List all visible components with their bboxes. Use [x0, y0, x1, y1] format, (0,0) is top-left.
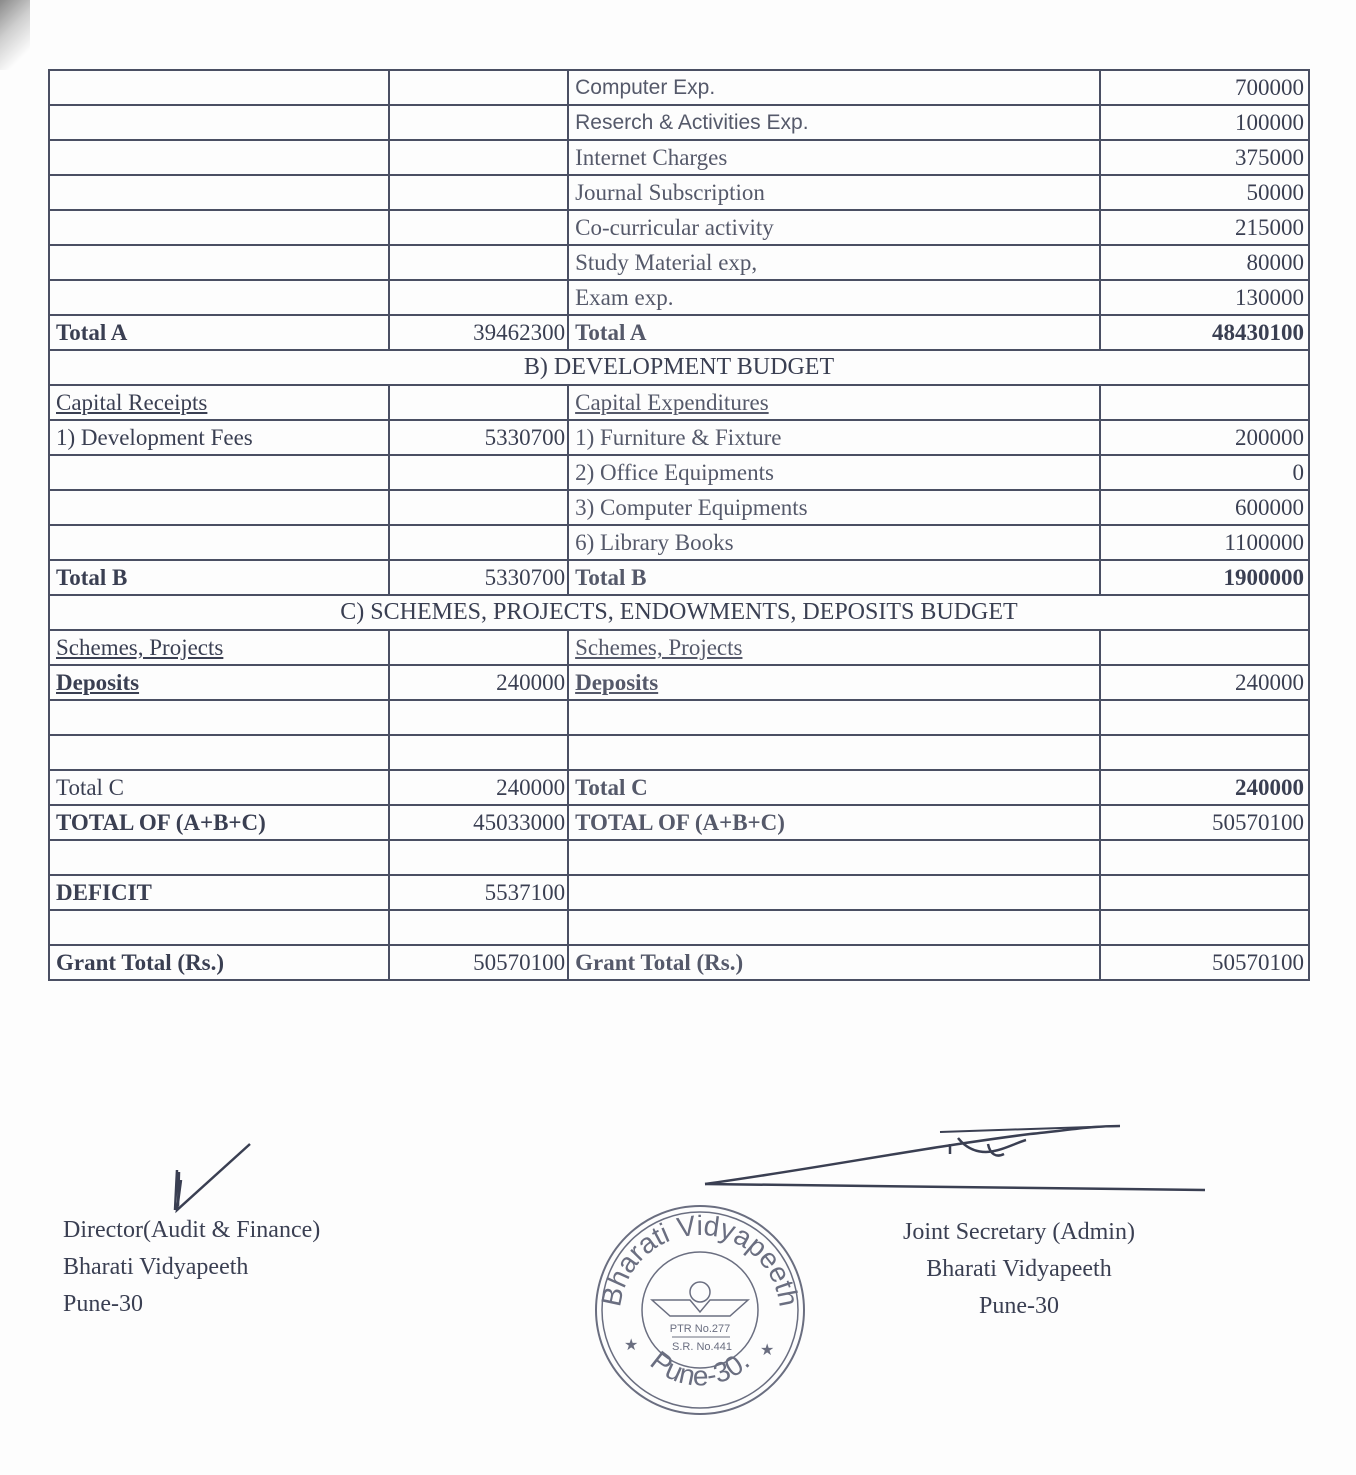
capital-expenditures-heading: Capital Expenditures — [568, 385, 1100, 420]
total-b-expense-amount: 1900000 — [1100, 560, 1309, 595]
expense-amount: 600000 — [1100, 490, 1309, 525]
signatory-left-org: Bharati Vidyapeeth — [63, 1249, 320, 1286]
section-c-header-row: C) SCHEMES, PROJECTS, ENDOWMENTS, DEPOSI… — [49, 595, 1309, 630]
expense-cell: Reserch & Activities Exp. — [568, 105, 1100, 140]
expense-cell: Computer Exp. — [568, 70, 1100, 105]
total-a-receipt-amount: 39462300 — [389, 315, 568, 350]
receipt-cell — [49, 280, 389, 315]
expense-cell: Study Material exp, — [568, 245, 1100, 280]
total-abc-receipt-label: TOTAL OF (A+B+C) — [49, 805, 389, 840]
capital-receipts-heading: Capital Receipts — [49, 385, 389, 420]
receipt-amount — [389, 105, 568, 140]
total-a-expense-amount: 48430100 — [1100, 315, 1309, 350]
section-b-title: B) DEVELOPMENT BUDGET — [49, 350, 1309, 385]
section-b-subheading-row: Capital Receipts Capital Expenditures — [49, 385, 1309, 420]
svg-text:★: ★ — [624, 1335, 638, 1354]
total-abc-row: TOTAL OF (A+B+C) 45033000 TOTAL OF (A+B+… — [49, 805, 1309, 840]
receipt-cell — [49, 70, 389, 105]
section-b-header-row: B) DEVELOPMENT BUDGET — [49, 350, 1309, 385]
total-abc-expense-amount: 50570100 — [1100, 805, 1309, 840]
total-c-receipt-label: Total C — [49, 770, 389, 805]
receipt-amount — [389, 525, 568, 560]
expense-cell: 1) Furniture & Fixture — [568, 420, 1100, 455]
expense-amount: 215000 — [1100, 210, 1309, 245]
receipt-amount — [389, 70, 568, 105]
expense-cell: Co-curricular activity — [568, 210, 1100, 245]
receipt-amount: 5330700 — [389, 420, 568, 455]
total-b-receipt-amount: 5330700 — [389, 560, 568, 595]
receipt-cell — [49, 455, 389, 490]
table-row: Exam exp. 130000 — [49, 280, 1309, 315]
table-row: 2) Office Equipments 0 — [49, 455, 1309, 490]
total-b-row: Total B 5330700 Total B 1900000 — [49, 560, 1309, 595]
grant-total-row: Grant Total (Rs.) 50570100 Grant Total (… — [49, 945, 1309, 980]
empty-cell — [1100, 630, 1309, 665]
schemes-receipt-heading: Schemes, Projects — [49, 630, 389, 665]
empty-row — [49, 840, 1309, 875]
signatory-right-place: Pune-30 — [884, 1288, 1154, 1325]
table-row: Co-curricular activity 215000 — [49, 210, 1309, 245]
seal-emblem-icon — [652, 1282, 748, 1316]
signatory-right: Joint Secretary (Admin) Bharati Vidyapee… — [884, 1214, 1154, 1325]
empty-row — [49, 910, 1309, 945]
expense-amount: 130000 — [1100, 280, 1309, 315]
svg-text:★: ★ — [760, 1340, 774, 1359]
signatory-right-title: Joint Secretary (Admin) — [884, 1214, 1154, 1251]
table-row: Reserch & Activities Exp. 100000 — [49, 105, 1309, 140]
official-seal: Bharati Vidyapeeth Pune-30. ★ ★ PTR No.2… — [590, 1200, 810, 1420]
receipt-amount — [389, 210, 568, 245]
expense-amount: 50000 — [1100, 175, 1309, 210]
expense-cell: Internet Charges — [568, 140, 1100, 175]
total-a-expense-label: Total A — [568, 315, 1100, 350]
total-b-expense-label: Total B — [568, 560, 1100, 595]
receipt-cell — [49, 140, 389, 175]
receipt-amount — [389, 490, 568, 525]
total-c-row: Total C 240000 Total C 240000 — [49, 770, 1309, 805]
receipt-cell — [49, 105, 389, 140]
expense-amount: 100000 — [1100, 105, 1309, 140]
total-a-row: Total A 39462300 Total A 48430100 — [49, 315, 1309, 350]
table-row: Study Material exp, 80000 — [49, 245, 1309, 280]
grant-total-expense-label: Grant Total (Rs.) — [568, 945, 1100, 980]
expense-amount: 200000 — [1100, 420, 1309, 455]
expense-cell: Exam exp. — [568, 280, 1100, 315]
signatory-left: Director(Audit & Finance) Bharati Vidyap… — [63, 1212, 320, 1323]
deposits-row: Deposits 240000 Deposits 240000 — [49, 665, 1309, 700]
expense-cell: 3) Computer Equipments — [568, 490, 1100, 525]
deposits-receipt-label: Deposits — [49, 665, 389, 700]
receipt-amount — [389, 280, 568, 315]
expense-amount: 700000 — [1100, 70, 1309, 105]
grant-total-receipt-label: Grant Total (Rs.) — [49, 945, 389, 980]
deposits-expense-label: Deposits — [568, 665, 1100, 700]
total-c-expense-amount: 240000 — [1100, 770, 1309, 805]
deficit-row: DEFICIT 5537100 — [49, 875, 1309, 910]
expense-amount: 0 — [1100, 455, 1309, 490]
total-a-receipt-label: Total A — [49, 315, 389, 350]
table-row: Computer Exp. 700000 — [49, 70, 1309, 105]
table-row: 1) Development Fees 5330700 1) Furniture… — [49, 420, 1309, 455]
receipt-cell — [49, 490, 389, 525]
table-row: Internet Charges 375000 — [49, 140, 1309, 175]
total-c-expense-label: Total C — [568, 770, 1100, 805]
signature-left — [165, 1140, 265, 1220]
empty-cell — [389, 385, 568, 420]
receipt-cell — [49, 245, 389, 280]
table-row: Journal Subscription 50000 — [49, 175, 1309, 210]
deficit-amount: 5537100 — [389, 875, 568, 910]
table-row: 3) Computer Equipments 600000 — [49, 490, 1309, 525]
empty-cell — [1100, 385, 1309, 420]
total-abc-expense-label: TOTAL OF (A+B+C) — [568, 805, 1100, 840]
empty-cell — [389, 630, 568, 665]
grant-total-expense-amount: 50570100 — [1100, 945, 1309, 980]
total-c-receipt-amount: 240000 — [389, 770, 568, 805]
receipt-amount — [389, 175, 568, 210]
signature-right — [700, 1118, 1220, 1198]
expense-amount: 80000 — [1100, 245, 1309, 280]
empty-row — [49, 735, 1309, 770]
scan-edge-shadow — [0, 0, 30, 70]
expense-cell: 2) Office Equipments — [568, 455, 1100, 490]
receipt-amount — [389, 455, 568, 490]
receipt-cell: 1) Development Fees — [49, 420, 389, 455]
receipt-amount — [389, 245, 568, 280]
section-c-title: C) SCHEMES, PROJECTS, ENDOWMENTS, DEPOSI… — [49, 595, 1309, 630]
receipt-cell — [49, 175, 389, 210]
table-row: 6) Library Books 1100000 — [49, 525, 1309, 560]
expense-amount: 375000 — [1100, 140, 1309, 175]
schemes-expense-heading: Schemes, Projects — [568, 630, 1100, 665]
deposits-receipt-amount: 240000 — [389, 665, 568, 700]
receipt-cell — [49, 210, 389, 245]
seal-top-text: Bharati Vidyapeeth — [595, 1210, 804, 1309]
deposits-expense-amount: 240000 — [1100, 665, 1309, 700]
seal-line1: PTR No.277 — [670, 1323, 731, 1335]
expense-cell: Journal Subscription — [568, 175, 1100, 210]
section-c-subheading-row: Schemes, Projects Schemes, Projects — [49, 630, 1309, 665]
budget-table: Computer Exp. 700000 Reserch & Activitie… — [48, 69, 1310, 981]
expense-cell: 6) Library Books — [568, 525, 1100, 560]
expense-amount: 1100000 — [1100, 525, 1309, 560]
grant-total-receipt-amount: 50570100 — [389, 945, 568, 980]
empty-row — [49, 700, 1309, 735]
deficit-label: DEFICIT — [49, 875, 389, 910]
signatory-left-place: Pune-30 — [63, 1286, 320, 1323]
total-b-receipt-label: Total B — [49, 560, 389, 595]
signatory-left-title: Director(Audit & Finance) — [63, 1212, 320, 1249]
receipt-amount — [389, 140, 568, 175]
svg-text:Bharati Vidyapeeth: Bharati Vidyapeeth — [595, 1210, 804, 1309]
total-abc-receipt-amount: 45033000 — [389, 805, 568, 840]
seal-line2: S.R. No.441 — [672, 1341, 732, 1353]
receipt-cell — [49, 525, 389, 560]
signatory-right-org: Bharati Vidyapeeth — [884, 1251, 1154, 1288]
